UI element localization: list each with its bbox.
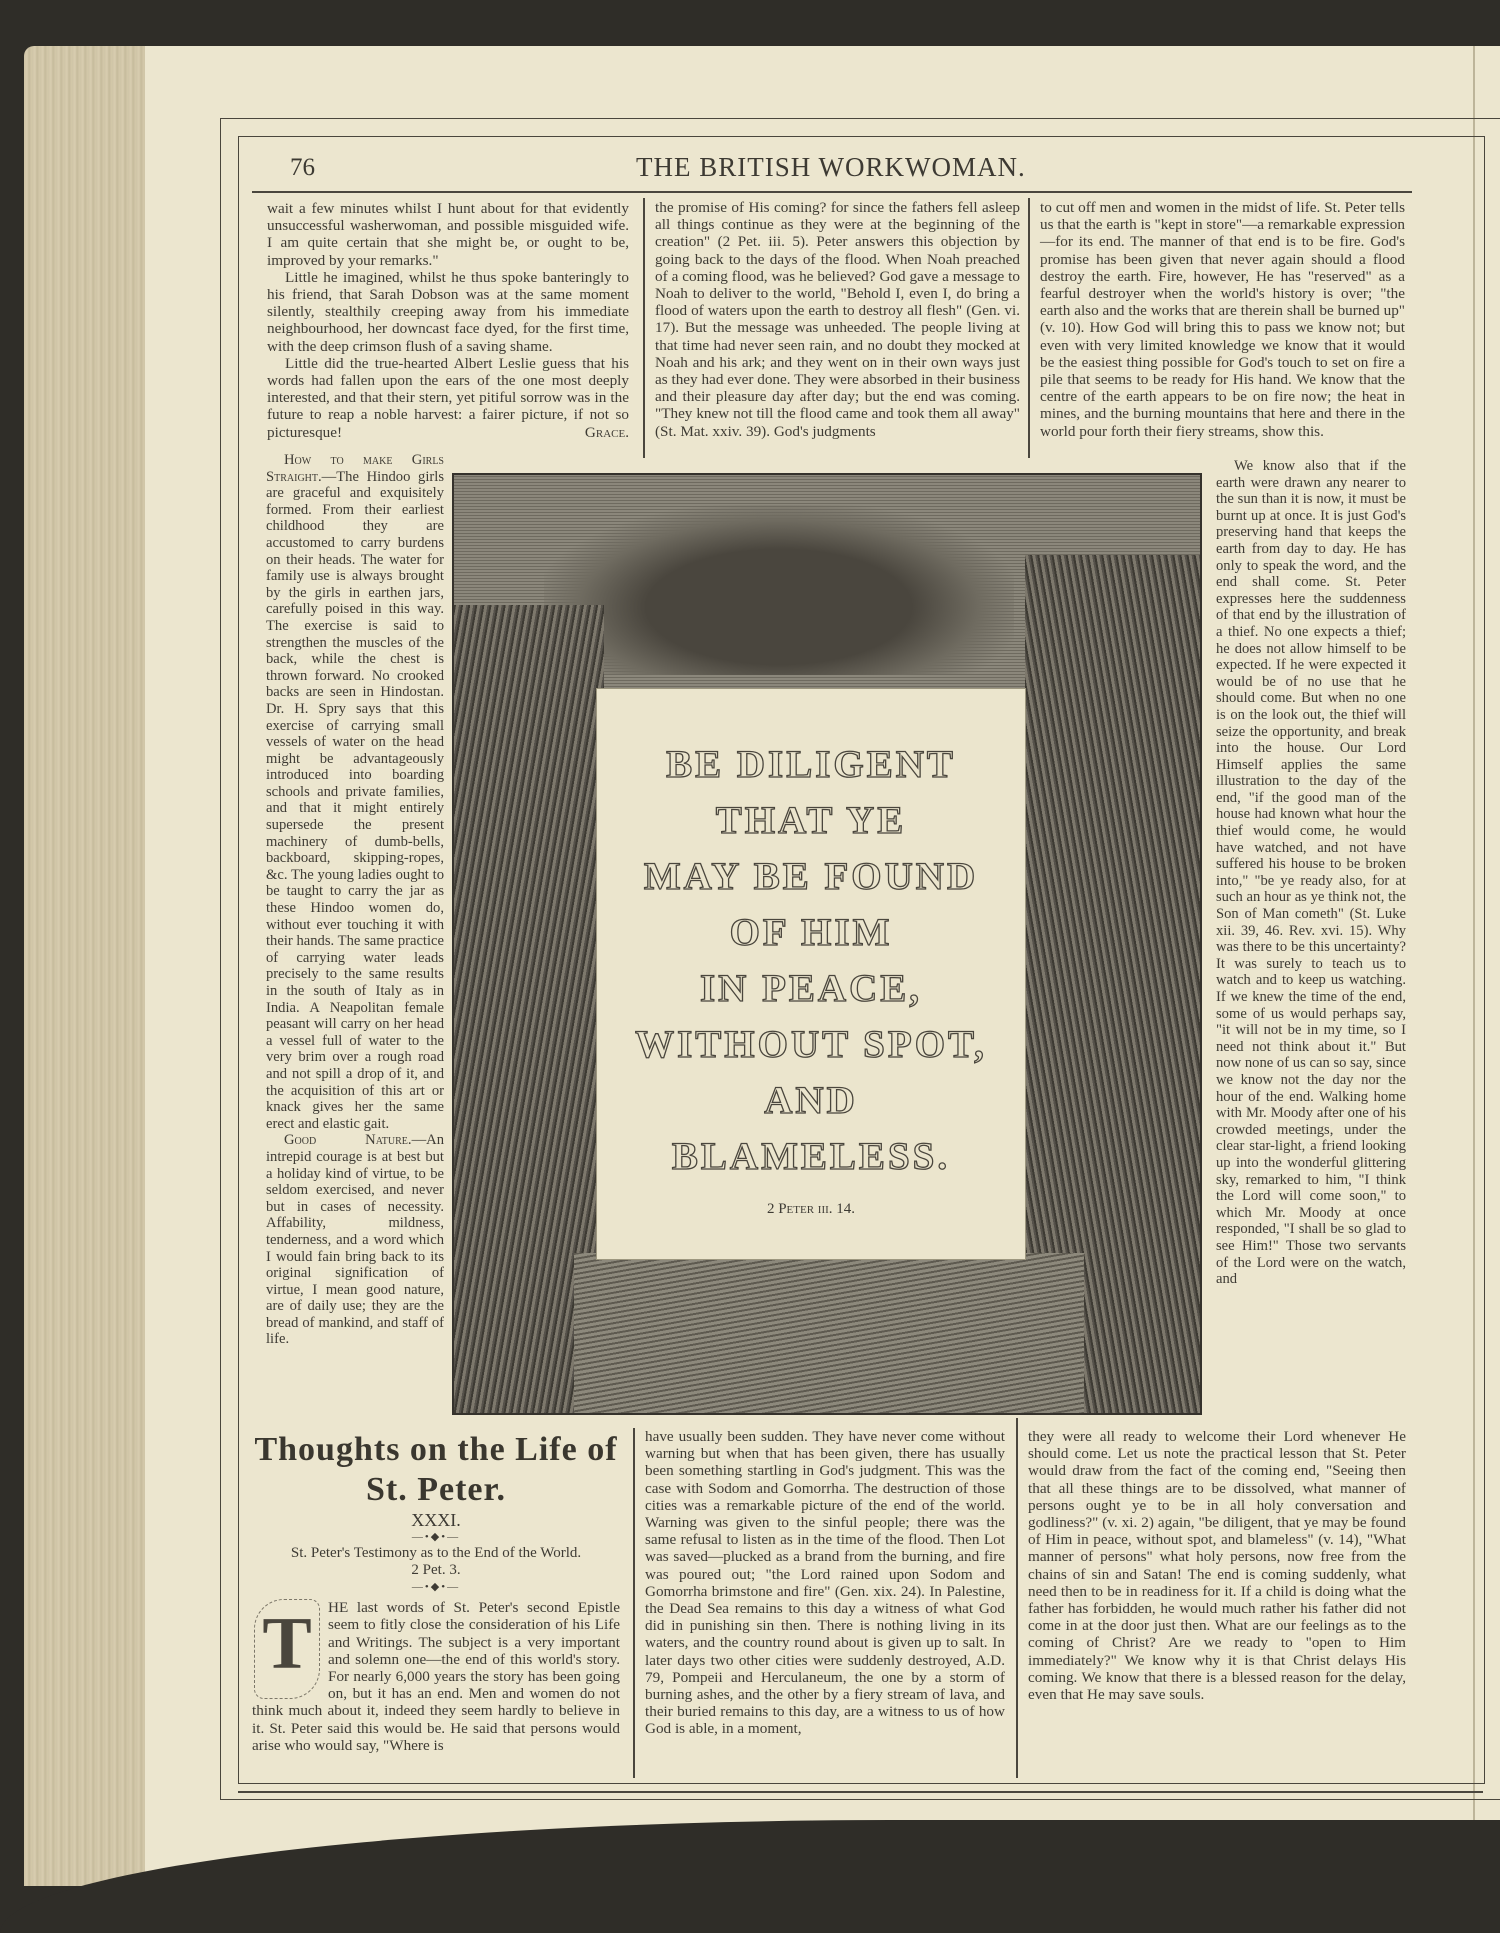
verse-line: BE DILIGENT [597,737,1025,793]
verse-line: AND [597,1073,1025,1129]
header-rule [252,191,1412,193]
column-rule [1028,198,1030,458]
verse-line: IN PEACE, [597,961,1025,1017]
column-right-top: to cut off men and women in the midst of… [1040,199,1405,440]
paragraph-girls-straight: How to make Girls Straight.—The Hindoo g… [266,452,444,1132]
verse-line: THAT YE [597,793,1025,849]
author-signature: Grace. [585,424,629,441]
ornament-divider: —•◆•— [252,1529,620,1545]
ornament-divider: —•◆•— [252,1579,620,1595]
verse-line: BLAMELESS. [597,1129,1025,1185]
article-thoughts-st-peter: Thoughts on the Life of St. Peter. XXXI.… [252,1430,620,1754]
paragraph: the promise of His coming? for since the… [655,199,1020,440]
footer-rule [238,1791,1483,1793]
paragraph: have usually been sudden. They have neve… [645,1428,1005,1738]
paragraph-good-nature: Good Nature.—An intrepid courage is at b… [266,1132,444,1348]
column-middle-bottom: have usually been sudden. They have neve… [645,1428,1005,1738]
paragraph: to cut off men and women in the midst of… [1040,199,1405,440]
foliage-garland [544,505,1014,675]
page-number: 76 [290,154,315,182]
column-rule [643,198,645,458]
article-subtitle: St. Peter's Testimony as to the End of t… [252,1545,620,1562]
scripture-reference: 2 Pet. 3. [252,1562,620,1579]
running-head: 76 THE BRITISH WORKWOMAN. [238,146,1468,196]
column-right-bottom: they were all ready to welcome their Lor… [1028,1428,1406,1703]
verse-line: WITHOUT SPOT, [597,1017,1025,1073]
article-title: Thoughts on the Life of St. Peter. [252,1430,620,1510]
verse-line: MAY BE FOUND [597,849,1025,905]
column-rule [633,1428,635,1778]
paragraph: they were all ready to welcome their Lor… [1028,1428,1406,1703]
verse-text: BE DILIGENT THAT YE MAY BE FOUND OF HIM … [597,737,1025,1185]
paragraph: Little he imagined, whilst he thus spoke… [267,269,629,355]
article-number: XXXI. [252,1512,620,1529]
paragraph: We know also that if the earth were draw… [1216,458,1406,1288]
paragraph: wait a few minutes whilst I hunt about f… [267,200,629,269]
side-column-right: We know also that if the earth were draw… [1216,458,1406,1288]
engraved-illustration: BE DILIGENT THAT YE MAY BE FOUND OF HIM … [452,473,1202,1415]
column-rule [1016,1418,1018,1778]
verse-line: OF HIM [597,905,1025,961]
ground-path [574,1253,1084,1413]
side-column-left: How to make Girls Straight.—The Hindoo g… [266,452,444,1348]
publication-title: THE BRITISH WORKWOMAN. [636,152,1026,183]
column-middle-top: the promise of His coming? for since the… [655,199,1020,440]
verse-card: BE DILIGENT THAT YE MAY BE FOUND OF HIM … [596,688,1026,1260]
section-heading: Good Nature. [284,1132,412,1148]
story-conclusion: wait a few minutes whilst I hunt about f… [267,200,629,441]
verse-reference: 2 Peter iii. 14. [597,1201,1025,1218]
book-page-edges [24,46,149,1886]
illuminated-drop-cap: T [252,1599,322,1697]
